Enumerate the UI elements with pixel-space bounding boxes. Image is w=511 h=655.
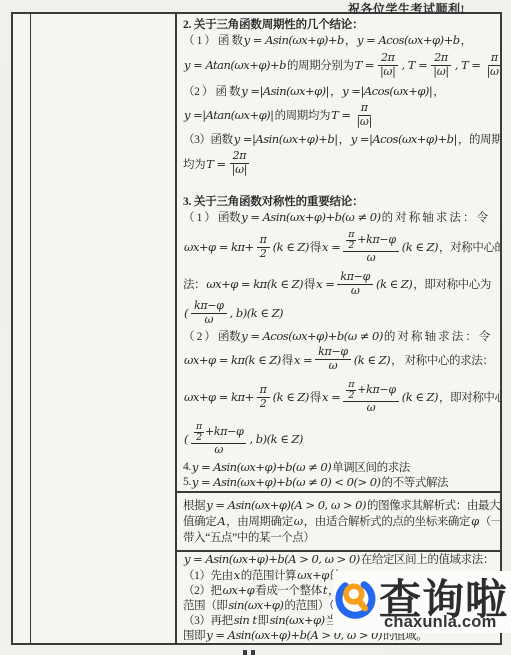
text-segment: |ω| [354,116,375,129]
text-segment: π [358,102,371,116]
text-segment: 4. [183,461,191,473]
text-segment: 即 [258,612,269,628]
text-segment: （1）先由 [183,567,233,583]
text-segment: ，即对称中心为 [439,389,500,405]
text-segment: |ω| [377,66,398,79]
fraction: kπ−φω [337,271,373,297]
text-segment: 的 对 称 轴 求 法 ： 令 [384,328,490,344]
text-segment: ，即对称中心为 [413,276,491,292]
content-line: 5. y = Asin(ωx+φ)+b(ω ≠ 0) < 0(> 0) 的不等式… [183,474,498,489]
text-segment: y =|Atan(ωx+φ)| [183,108,275,122]
text-segment: 的范围计算 [241,567,297,583]
text-segment: (k ∈ Z) [375,277,413,291]
text-segment: y =|Acos(ωx+φ)| [341,84,433,98]
text-segment: ，由适合解析式的点的坐标来确定 [304,513,471,529]
fraction: 2π|ω| [229,150,250,176]
content-line: 根据 y = Asin(ωx+φ)(A > 0, ω > 0) 的图像求其解析式… [183,496,498,513]
fraction: kπ−φω [315,346,351,372]
text-segment: , T = [401,58,429,72]
text-segment: kπ−φ [315,346,351,360]
content-line: （3）函数 y =|Asin(ωx+φ)+b|， y =|Acos(ωx+φ)+… [183,131,498,147]
text-segment: ω [201,314,216,327]
text-segment: 的范围）（ [284,597,334,613]
text-segment: y = Acos(ωx+φ)+b [356,33,461,47]
text-segment: 的不等式解法 [382,474,449,490]
text-segment: （ 2 ） 函数 [183,328,240,344]
text-segment: kπ−φ [191,300,227,314]
text-segment: y =|Asin(ωx+φ)+b| [233,132,339,146]
text-segment: φ [470,514,480,528]
text-segment: 3. 关于三角函数对称性的重要结论： [183,193,363,209]
fraction: 2π|ω| [377,52,398,78]
text-segment: 得 [282,352,293,368]
text-segment: y = Atan(ωx+φ)+b [183,58,287,72]
text-segment: ，对称中心的求 [439,239,500,255]
text-segment: 2 [346,391,356,401]
scanned-document-page: 祝各位学生考试顺利! 2. 关于三角函数周期性的几个结论：（ 1 ） 函 数 y… [0,0,511,655]
text-segment: ( [183,432,189,446]
text-segment: 在给定区间上的值域求法： [361,551,494,567]
text-segment: kπ−φ [337,271,373,285]
text-segment: y = Asin(ωx+φ)+b(ω ≠ 0) [191,460,332,474]
content-line: y = Atan(ωx+φ)+b的周期分别为 T =2π|ω|, T =2π|ω… [183,48,498,82]
nested-fraction: π2+kπ−φω [191,422,246,457]
text-segment: y =|Asin(ωx+φ)| [240,84,330,98]
content-line: ωx+φ = kπ+π2(k ∈ Z) 得 x =π2+kπ−φω(k ∈ Z)… [183,375,498,419]
text-segment: π [257,384,270,398]
fraction: π|ω| [354,102,375,128]
text-segment: 的图像求其解析式：由最大最小 [367,497,500,513]
text-segment: 得 [310,389,321,405]
text-segment: （2）把 [183,582,222,598]
text-segment: 的周期分别为 [287,57,354,73]
fraction: π2 [257,384,270,410]
content-line: 4. y = Asin(ωx+φ)+b(ω ≠ 0) 单调区间的求法 [183,459,498,474]
content-line: 2. 关于三角函数周期性的几个结论： [183,17,498,31]
text-segment: ωx+φ = kπ+ [183,390,255,404]
text-segment: ( [183,306,189,320]
text-segment: x [233,568,241,582]
text-segment: ， [461,32,472,48]
text-segment: （3）再把 [183,612,233,628]
text-segment: +kπ−φ [205,426,244,439]
text-segment: +kπ−φ [357,384,396,397]
text-segment: |ω| [484,66,500,79]
chaxunla-logo-icon [335,575,379,621]
text-segment: ， [345,32,356,48]
section-periodicity-conclusions: 2. 关于三角函数周期性的几个结论：（ 1 ） 函 数 y = Asin(ωx+… [177,14,500,493]
section-find-expression-from-graph: 根据 y = Asin(ωx+φ)(A > 0, ω > 0) 的图像求其解析式… [177,493,500,552]
text-segment: T = [354,58,375,72]
content-line: 均为 T =2π|ω| [183,147,498,180]
text-segment: 带入“五点”中的某一个点） [183,529,315,545]
text-segment: x = [315,277,335,291]
text-segment: 的 对 称 轴 求 法 ： 令 [382,209,488,225]
watermark: 查询啦 chaxunla.com [333,571,511,633]
content-line: （ 1 ） 函 数 y = Asin(ωx+φ)+b ， y = Acos(ωx… [183,31,498,48]
text-segment: ωx+φ = kπ(k ∈ Z) [183,353,282,367]
inner-fraction: π2 [346,380,356,401]
content-line: 带入“五点”中的某一个点） [183,529,498,545]
text-segment: （ 1 ） 函 数 [183,32,243,48]
text-segment: sin(ωx+φ) [269,613,326,627]
table-content-column: 2. 关于三角函数周期性的几个结论：（ 1 ） 函 数 y = Asin(ωx+… [177,14,500,643]
content-line: （ 1 ） 函数 y = Asin(ωx+φ)+b(ω ≠ 0) 的 对 称 轴… [183,208,498,225]
content-line: （2 ） 函 数 y =|Asin(ωx+φ)| ， y =|Acos(ωx+φ… [183,82,498,99]
text-segment: y = Asin(ωx+φ)+b(ω ≠ 0) [240,210,381,224]
text-segment: y =|Acos(ωx+φ)+b| [350,132,458,146]
text-segment: T = [205,157,226,171]
fraction-numerator: π2+kπ−φ [191,422,246,444]
text-segment: 2. 关于三角函数周期性的几个结论： [183,16,363,32]
text-segment: 2π [378,52,398,66]
text-segment: （一般 [480,513,500,529]
page-number-partial [243,650,259,655]
table-column-divider-1 [30,14,31,643]
text-segment: y = Asin(ωx+φ)(A > 0, ω > 0) [205,498,367,512]
content-line: y =|Atan(ωx+φ)|的周期均为 T =π|ω| [183,99,498,131]
nested-fraction: π2+kπ−φω [343,380,398,415]
text-segment: +kπ−φ [357,234,396,247]
text-segment: |ω| [229,164,250,177]
watermark-site-url: chaxunla.com [384,613,496,632]
text-segment: ω [364,402,379,415]
text-segment: 2 [194,433,204,443]
fraction: kπ−φω [191,300,227,326]
content-line: 法： ωx+φ = kπ(k ∈ Z) 得 x =kπ−φω(k ∈ Z)，即对… [183,269,498,299]
text-segment: π [257,234,270,248]
text-segment: 2 [346,241,356,251]
text-segment: 根据 [183,497,205,513]
content-line: (π2+kπ−φω, b)(k ∈ Z) [183,419,498,459]
text-segment: (k ∈ Z) [401,390,439,404]
content-line: ωx+φ = kπ+π2(k ∈ Z) 得 x =π2+kπ−φω(k ∈ Z)… [183,225,498,269]
text-segment: ， [339,131,350,147]
text-segment: ω [211,444,226,457]
text-segment: (k ∈ Z) [353,353,391,367]
text-segment: y = Asin(ωx+φ)+b(ω ≠ 0) < 0(> 0) [191,475,382,489]
content-line [183,180,498,194]
text-segment: x = [321,240,341,254]
text-segment: 2π [230,150,250,164]
content-line: 3. 关于三角函数对称性的重要结论： [183,194,498,208]
text-segment: y = Asin(ωx+φ)+b [243,33,345,47]
text-segment: 看成一个整体 [255,582,322,598]
text-segment: T = [330,108,351,122]
fraction-numerator: π2+kπ−φ [343,230,398,252]
text-segment: x = [293,353,313,367]
inner-fraction: π2 [194,422,204,443]
fraction-numerator: π2+kπ−φ [343,380,398,402]
text-segment: π [488,52,500,66]
text-segment: (k ∈ Z) [272,390,310,404]
text-segment: ， [433,83,444,99]
nested-fraction: π2+kπ−φω [343,230,398,265]
content-line: 值确定 A，由周期确定 ω，由适合解析式的点的坐标来确定 φ（一般 [183,513,498,529]
text-segment: （3）函数 [183,131,233,147]
text-segment: 2 [257,248,270,261]
text-segment: ，的周期 [458,131,500,147]
text-segment: (k ∈ Z) [401,240,439,254]
fraction: π2 [257,234,270,260]
text-segment: A [216,514,226,528]
text-segment: (k ∈ Z) [272,240,310,254]
text-segment: 法： [183,276,205,292]
text-segment: ω [293,514,304,528]
content-line: ωx+φ = kπ(k ∈ Z) 得 x =kπ−φω(k ∈ Z)， 对称中心… [183,344,498,375]
text-segment: 5. [183,476,191,488]
text-segment: 值确定 [183,513,216,529]
text-segment: 2 [257,398,270,411]
text-segment: ωx+φ [296,568,330,582]
text-segment: x = [321,390,341,404]
text-segment: ω [348,285,363,298]
text-segment: , T = [454,58,482,72]
text-segment: ， 对称中心的求法： [391,352,493,368]
text-segment: , b)(k ∈ Z) [229,306,284,320]
fraction: 2π|ω| [430,52,451,78]
text-segment: sin t [233,613,258,627]
content-table: 2. 关于三角函数周期性的几个结论：（ 1 ） 函 数 y = Asin(ωx+… [11,12,502,645]
text-segment: y = Asin(ωx+φ)+b(A > 0, ω > 0) [183,552,361,566]
text-segment: , b)(k ∈ Z) [248,432,303,446]
text-segment: |ω| [430,66,451,79]
content-line: y = Asin(ωx+φ)+b(A > 0, ω > 0) 在给定区间上的值域… [183,551,498,567]
text-segment: （ 1 ） 函数 [183,209,240,225]
text-segment: 单调区间的求法 [332,459,410,475]
text-segment: 围即 [183,627,205,643]
content-line: (kπ−φω, b)(k ∈ Z) [183,299,498,327]
text-segment: （2 ） 函 数 [183,83,240,99]
text-segment: y = Acos(ωx+φ)+b(ω ≠ 0) [240,329,384,343]
text-segment: ，由周期确定 [226,513,293,529]
content-line: （ 2 ） 函数 y = Acos(ωx+φ)+b(ω ≠ 0) 的 对 称 轴… [183,327,498,344]
text-segment: 得 [310,239,321,255]
text-segment: ω [326,360,341,373]
text-segment: ωx+φ = kπ+ [183,240,255,254]
text-segment: ω [364,252,379,265]
text-segment: ， [330,83,341,99]
text-segment: 范围（即 [183,597,227,613]
inner-fraction: π2 [346,230,356,251]
text-segment: ωx+φ [222,583,256,597]
text-segment: sin(ωx+φ) [227,598,284,612]
fraction: π|ω| [484,52,500,78]
text-segment: 得 [304,276,315,292]
text-segment: 2π [431,52,451,66]
text-segment: ωx+φ = kπ(k ∈ Z) [205,277,304,291]
text-segment: 的周期均为 [275,107,331,123]
text-segment: 均为 [183,156,205,172]
